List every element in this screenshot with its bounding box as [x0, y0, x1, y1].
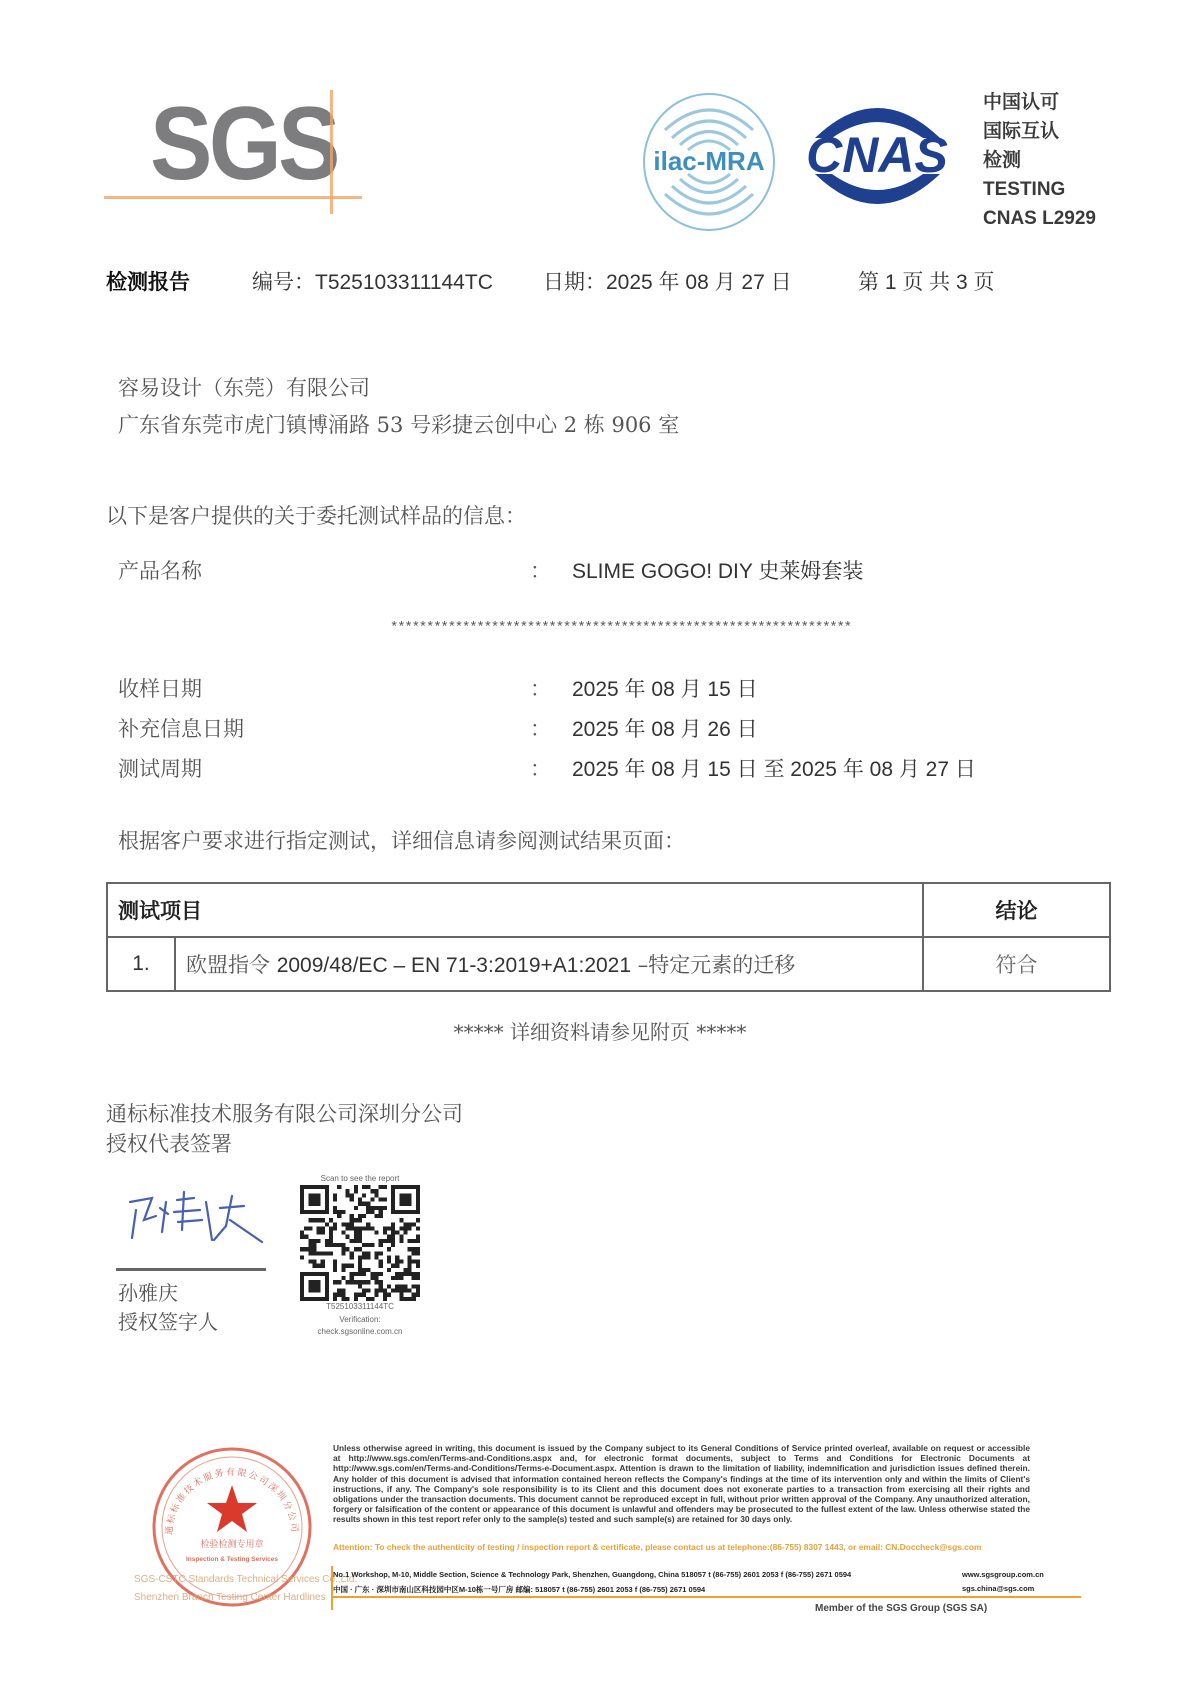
test-period-value: 2025 年 08 月 15 日 至 2025 年 08 月 27 日: [572, 753, 976, 783]
cnas-logo: CNAS: [795, 90, 960, 222]
sgs-logo: SGS: [150, 92, 337, 196]
results-table: 测试项目 结论 1. 欧盟指令 2009/48/EC – EN 71-3:201…: [106, 882, 1111, 992]
seal-english-line-2: Shenzhen Branch Testing Center Hardlines: [134, 1592, 326, 1603]
accreditation-line: 检测: [983, 146, 1096, 175]
product-name-label: 产品名称: [118, 555, 202, 585]
sgs-group-member-note: Member of the SGS Group (SGS SA): [815, 1603, 987, 1614]
sgs-logo-rule-vertical: [330, 90, 333, 214]
colon: ：: [530, 713, 551, 743]
item-standard: 2009/48/EC – EN 71-3:2019+A1:2021: [277, 954, 631, 977]
signer-name: 孙雅庆: [118, 1277, 178, 1306]
ilac-mra-logo: ilac-MRA: [640, 90, 778, 235]
authorized-signature-label: 授权代表签署: [106, 1128, 232, 1158]
accreditation-line: 国际互认: [983, 117, 1096, 146]
signer-role: 授权签字人: [118, 1306, 218, 1335]
colon: ：: [530, 555, 551, 585]
svg-text:CNAS: CNAS: [806, 127, 948, 183]
signature-line: [116, 1268, 266, 1271]
authenticity-notice: Attention: To check the authenticity of …: [333, 1542, 1030, 1552]
item-prefix: 欧盟指令: [186, 953, 277, 977]
client-name: 容易设计（东莞）有限公司: [118, 372, 370, 402]
svg-text:检验检测专用章: 检验检测专用章: [200, 1538, 263, 1550]
footer-email[interactable]: sgs.china@sgs.com: [962, 1584, 1034, 1593]
svg-text:ilac-MRA: ilac-MRA: [653, 146, 764, 176]
table-header-row: 测试项目 结论: [107, 883, 1110, 937]
seal-english-line-1: SGS-CSTC Standards Technical Services Co…: [134, 1574, 357, 1585]
qr-verification-label: Verification:: [290, 1315, 430, 1324]
header-test-item: 测试项目: [107, 883, 923, 937]
accreditation-line: CNAS L2929: [983, 204, 1096, 233]
accreditation-line: TESTING: [983, 175, 1096, 204]
test-period-label: 测试周期: [118, 753, 202, 783]
svg-text:Inspection & Testing Services: Inspection & Testing Services: [186, 1556, 278, 1563]
report-date: 日期：2025 年 08 月 27 日: [543, 266, 792, 296]
report-title: 检测报告: [106, 266, 190, 296]
product-name-value: SLIME GOGO! DIY 史莱姆套装: [572, 555, 863, 585]
item-suffix: –特定元素的迁移: [631, 953, 795, 977]
request-text: 根据客户要求进行指定测试，详细信息请参阅测试结果页面：: [118, 825, 685, 855]
row-number: 1.: [107, 937, 175, 991]
footer-rule: [333, 1596, 1081, 1598]
report-number: 编号：T525103311144TC: [252, 266, 493, 296]
receive-date-value: 2025 年 08 月 15 日: [572, 673, 758, 703]
footer-website[interactable]: www.sgsgroup.com.cn: [962, 1570, 1044, 1579]
accreditation-text: 中国认可 国际互认 检测 TESTING CNAS L2929: [983, 88, 1096, 233]
handwritten-signature: [122, 1180, 272, 1260]
colon: ：: [530, 673, 551, 703]
receive-date-label: 收样日期: [118, 673, 202, 703]
qr-report-id: T525103311144TC: [290, 1302, 430, 1311]
accreditation-line: 中国认可: [983, 88, 1096, 117]
row-conclusion: 符合: [923, 937, 1110, 991]
lab-name: 通标标准技术服务有限公司深圳分公司: [106, 1098, 463, 1128]
colon: ：: [530, 753, 551, 783]
sgs-logo-rule-horizontal: [104, 196, 362, 199]
header-conclusion: 结论: [923, 883, 1110, 937]
client-address: 广东省东莞市虎门镇博涌路 53 号彩捷云创中心 2 栋 906 室: [118, 409, 679, 439]
supplement-date-value: 2025 年 08 月 26 日: [572, 713, 758, 743]
see-attachment-note: ***** 详细资料请参见附页 *****: [0, 1016, 1200, 1045]
page-indicator: 第 1 页 共 3 页: [858, 266, 995, 296]
legal-disclaimer: Unless otherwise agreed in writing, this…: [333, 1443, 1030, 1525]
qr-verification-site[interactable]: check.sgsonline.com.cn: [290, 1327, 430, 1336]
sample-info-intro: 以下是客户提供的关于委托测试样品的信息：: [106, 500, 526, 530]
qr-caption: Scan to see the report: [290, 1174, 430, 1183]
company-seal: 通标标准技术服务有限公司深圳分公司 检验检测专用章 Inspection & T…: [150, 1445, 315, 1610]
row-test-item: 欧盟指令 2009/48/EC – EN 71-3:2019+A1:2021 –…: [175, 937, 923, 991]
footer-address-en: No.1 Workshop, M-10, Middle Section, Sci…: [333, 1570, 1030, 1579]
table-row: 1. 欧盟指令 2009/48/EC – EN 71-3:2019+A1:202…: [107, 937, 1110, 991]
verification-qr-code[interactable]: [300, 1185, 420, 1301]
section-divider: ****************************************…: [390, 620, 851, 636]
footer-address-cn: 中国 · 广东 · 深圳市南山区科技园中区M-10栋一号厂房 邮编: 51805…: [333, 1584, 1030, 1595]
supplement-date-label: 补充信息日期: [118, 713, 244, 743]
